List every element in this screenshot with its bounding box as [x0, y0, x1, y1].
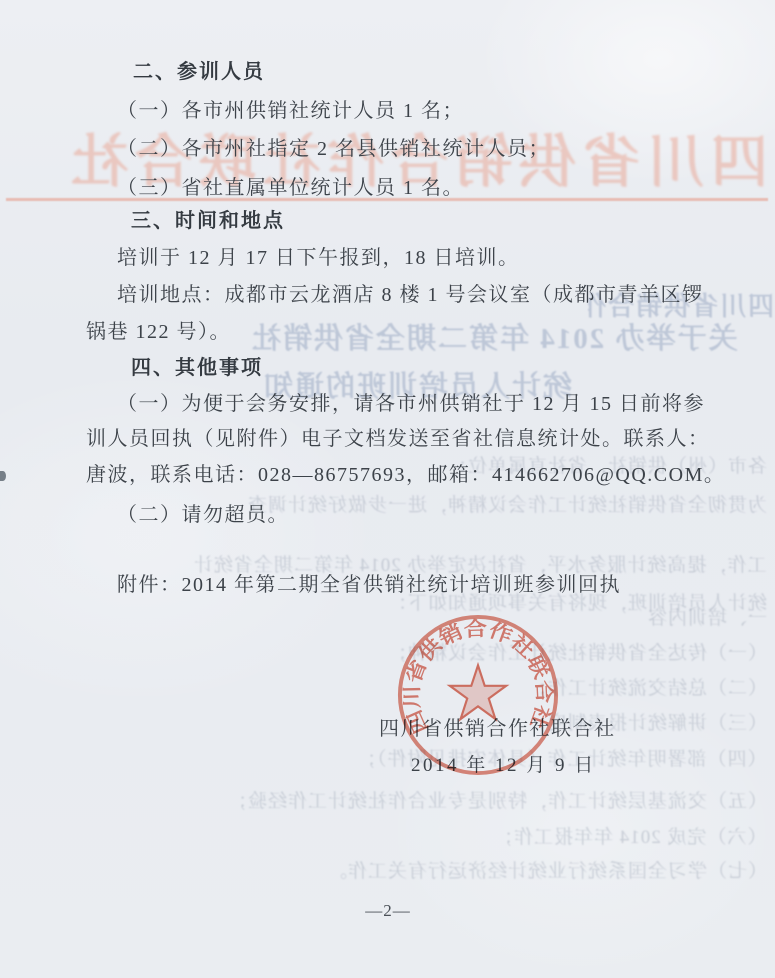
- section-heading-4: 四、其他事项: [131, 356, 263, 380]
- section-heading-3: 三、时间和地点: [131, 209, 285, 233]
- body-line: 唐波，联系电话：028—86757693，邮箱：414662706@QQ.COM…: [86, 463, 725, 487]
- attachment-line: 附件：2014 年第二期全省供销社统计培训班参训回执: [117, 573, 621, 597]
- page-number: —2—: [338, 901, 438, 921]
- section-heading-2: 二、参训人员: [133, 60, 265, 84]
- body-line: 锅巷 122 号）。: [86, 320, 231, 344]
- seal-graphic: 四川省供销合作社联合社: [394, 611, 562, 779]
- body-line: （一）为便于会务安排，请各市州供销社于 12 月 15 日前将参: [117, 392, 705, 416]
- body-line: 培训于 12 月 17 日下午报到，18 日培训。: [117, 246, 520, 270]
- scanned-document-page: 四川省供销合作社联合社 四川省供销合作社联合社 关于举办 2014 年第二期全省…: [0, 0, 775, 978]
- body-line: （三）省社直属单位统计人员 1 名。: [117, 176, 464, 200]
- official-seal: 四川省供销合作社联合社: [394, 611, 562, 779]
- body-line: 培训地点：成都市云龙酒店 8 楼 1 号会议室（成都市青羊区锣: [117, 283, 704, 307]
- scan-speck: [0, 471, 6, 481]
- body-line: 训人员回执（见附件）电子文档发送至省社信息统计处。联系人：: [86, 427, 710, 451]
- body-line: （二）各市州社指定 2 名县供销社统计人员；: [117, 137, 550, 161]
- body-line: （二）请勿超员。: [117, 503, 289, 527]
- document-content: 二、参训人员 （一）各市州供销社统计人员 1 名； （二）各市州社指定 2 名县…: [0, 0, 775, 978]
- body-line: （一）各市州供销社统计人员 1 名；: [117, 99, 464, 123]
- seal-star-icon: [450, 665, 506, 719]
